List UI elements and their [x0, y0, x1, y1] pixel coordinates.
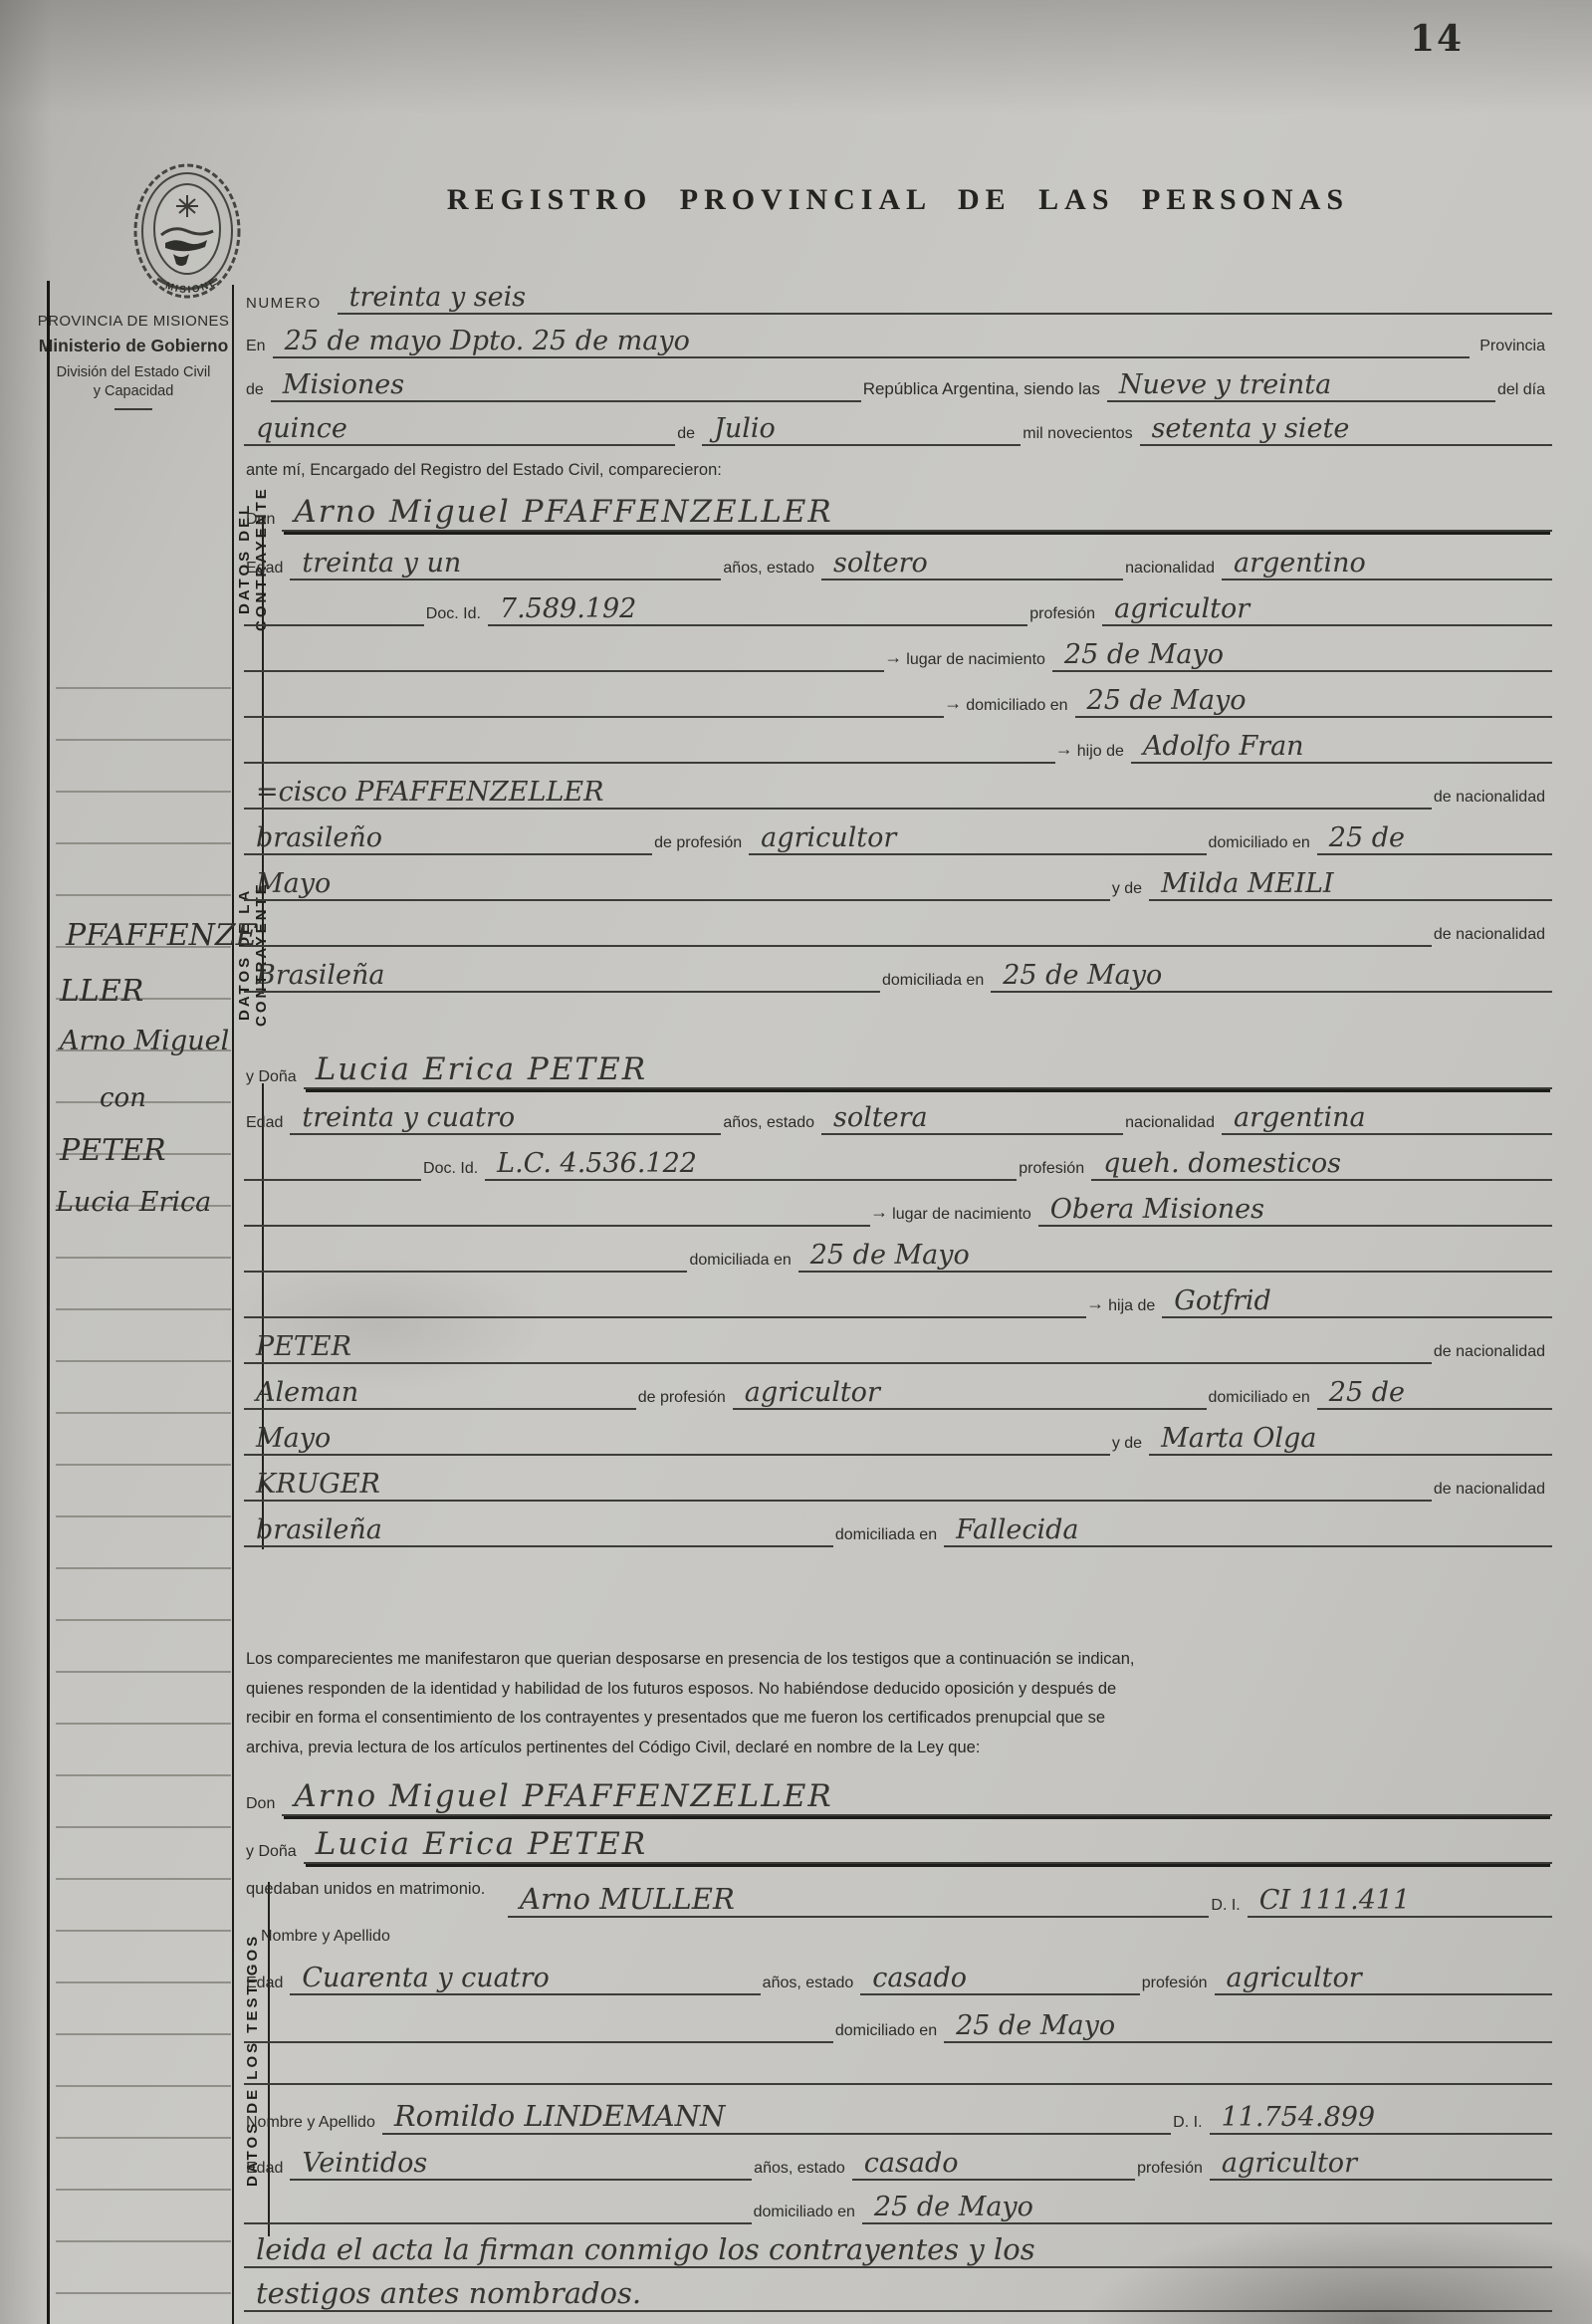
row-closing-1: leida el acta la firman conmigo los cont…: [244, 2220, 1552, 2268]
de-profesion-label: de profesión: [652, 834, 749, 855]
witness2-estado-field: casado: [852, 2150, 1135, 2181]
witness1-name-field: Arno MULLER: [508, 1885, 1209, 1918]
row-bride-madre-datos: brasileña domiciliada en Fallecida: [244, 1502, 1552, 1547]
groom-madre-nac-value: Brasileña: [244, 962, 388, 991]
groom-padre-cont-value: =cisco PFAFFENZELLER: [244, 779, 607, 808]
bride-nacionalidad-field: argentina: [1222, 1104, 1552, 1135]
de-label: de: [244, 381, 271, 402]
witness2-name-value: Romildo LINDEMANN: [382, 2102, 729, 2133]
nacionalidad-label: nacionalidad: [1123, 1114, 1222, 1135]
bride-madre-value: Marta Olga: [1149, 1425, 1320, 1454]
groom-padre-cont-field: =cisco PFAFFENZELLER: [244, 779, 1432, 810]
row-groom-padre-cont: =cisco PFAFFENZELLER de nacionalidad: [244, 764, 1552, 810]
doc-id-label: Doc. Id.: [421, 1160, 485, 1181]
witness1-domicilio-field: 25 de Mayo: [944, 2012, 1552, 2043]
margin-note-line: con: [100, 1083, 146, 1113]
row-bride-madre-cont: KRUGER de nacionalidad: [244, 1456, 1552, 1502]
bride-padre-dom-value: 25 de: [1317, 1379, 1409, 1408]
groom-doc-field: 7.589.192: [488, 595, 1027, 626]
left-edge-rule: [47, 281, 50, 2324]
row-groom-domicilio: → domiciliado en 25 de Mayo: [244, 672, 1552, 718]
groom-doc-value: 7.589.192: [488, 595, 640, 624]
hora-field: Nueve y treinta: [1107, 371, 1495, 402]
closing-field: leida el acta la firman conmigo los cont…: [244, 2235, 1552, 2268]
groom-lugar-value: 25 de Mayo: [1052, 641, 1228, 670]
edad-label: Edad: [244, 1975, 290, 1995]
domiciliada-label: domiciliada en: [880, 972, 991, 993]
bride-name-value: Lucia Erica PETER: [304, 1054, 651, 1087]
arrow-icon: →: [870, 1202, 890, 1227]
witness1-profesion-field: agricultor: [1215, 1965, 1552, 1995]
witness1-di-value: CI 111.411: [1248, 1887, 1415, 1916]
groom-name-field: Arno Miguel PFAFFENZELLER: [282, 497, 1552, 532]
numero-field: treinta y seis: [338, 284, 1552, 315]
arrow-icon: →: [1055, 739, 1075, 764]
groom-name-value: Arno Miguel PFAFFENZELLER: [282, 497, 836, 530]
row-bride-lugar: → lugar de nacimiento Obera Misiones: [244, 1181, 1552, 1227]
ante-mi-label: ante mí, Encargado del Registro del Esta…: [244, 461, 729, 482]
sidebar-rule: [114, 408, 152, 410]
edad-label: Edad: [244, 560, 290, 581]
bride-profesion-value: queh. domesticos: [1091, 1150, 1345, 1179]
anio-field: setenta y siete: [1140, 415, 1552, 446]
bride-madre-nac-field: brasileña: [244, 1516, 833, 1547]
row-groom-madre-nac-lbl: de nacionalidad: [244, 901, 1552, 947]
bride-padre-prof-field: agricultor: [733, 1379, 1207, 1410]
row-groom-lugar: → lugar de nacimiento 25 de Mayo: [244, 626, 1552, 672]
di-label: D. I.: [1171, 2114, 1209, 2135]
provincia-label: Provincia: [1470, 338, 1552, 358]
margin-ruled-lines: [56, 637, 231, 2306]
witness1-name-value: Arno MULLER: [508, 1885, 739, 1916]
mes-field: Julio: [702, 415, 1021, 446]
row-groom-padre: → hijo de Adolfo Fran: [244, 718, 1552, 764]
declaration-line: quienes responden de la identidad y habi…: [246, 1675, 1556, 1705]
declaration-line: archiva, previa lectura de los artículos…: [246, 1734, 1556, 1763]
groom-madre-dom-value: 25 de Mayo: [991, 962, 1166, 991]
domiciliado-label: domiciliado en: [1207, 1389, 1317, 1410]
witness1-estado-value: casado: [860, 1965, 971, 1993]
groom-padre-dom2-field: Mayo: [244, 870, 1110, 901]
groom-padre-nac-field: brasileño: [244, 824, 652, 855]
edad-label: Edad: [244, 1114, 290, 1135]
row-bride-edad: Edad treinta y cuatro años, estado solte…: [244, 1089, 1552, 1135]
row-groom-padre-datos: brasileño de profesión agricultor domici…: [244, 810, 1552, 855]
profesion-label: profesión: [1017, 1160, 1091, 1181]
declaration-paragraph: Los comparecientes me manifestaron que q…: [246, 1645, 1556, 1762]
bride-madre-dom-value: Fallecida: [944, 1516, 1082, 1545]
profesion-label: profesión: [1140, 1975, 1215, 1995]
lugar-nacimiento-label: lugar de nacimiento: [904, 651, 1052, 672]
division-line-1: División del Estado Civil: [36, 364, 231, 380]
numero-value: treinta y seis: [338, 284, 530, 313]
margin-note-line: Arno Miguel: [60, 1026, 229, 1056]
margin-note-line: Lucia Erica: [56, 1187, 211, 1218]
row-lugar-acta: En 25 de mayo Dpto. 25 de mayo Provincia: [244, 315, 1552, 358]
bride-domicilio-field: 25 de Mayo: [798, 1242, 1552, 1273]
row-provincia-hora: de Misiones República Argentina, siendo …: [244, 358, 1552, 402]
witness1-di-field: CI 111.411: [1248, 1887, 1552, 1918]
row-groom-madre: Mayo y de Milda MEILI: [244, 855, 1552, 901]
don-label: Don: [244, 511, 282, 532]
groom-name-2-value: Arno Miguel PFAFFENZELLER: [282, 1781, 836, 1814]
bride-padre-cont-field: PETER: [244, 1333, 1432, 1364]
bride-madre-cont-field: KRUGER: [244, 1471, 1432, 1502]
margin-note-line: LLER: [60, 974, 143, 1009]
seal-icon: MISIONES: [117, 155, 257, 313]
row-ydona-bride-2: y Doña Lucia Erica PETER: [244, 1816, 1552, 1864]
y-de-label: y de: [1110, 1435, 1149, 1456]
registry-title: REGISTRO PROVINCIAL DE LAS PERSONAS: [249, 183, 1547, 217]
bride-madre-nac-value: brasileña: [244, 1516, 386, 1545]
nacionalidad-de-label: de nacionalidad: [1432, 789, 1552, 810]
witness2-di-value: 11.754.899: [1210, 2104, 1380, 2133]
witness1-edad-field: Cuarenta y cuatro: [290, 1965, 760, 1995]
provincia-value: Misiones: [271, 371, 408, 400]
anio-value: setenta y siete: [1140, 415, 1354, 444]
bride-edad-value: treinta y cuatro: [290, 1104, 519, 1133]
row-witness1-edad: Edad Cuarenta y cuatro años, estado casa…: [244, 1948, 1552, 1995]
bride-nacionalidad-value: argentina: [1222, 1104, 1370, 1133]
nacionalidad-label: nacionalidad: [1123, 560, 1222, 581]
closing-field: testigos antes nombrados.: [244, 2279, 1552, 2312]
anos-estado-label: años, estado: [752, 2160, 852, 2181]
groom-nacionalidad-field: argentino: [1222, 550, 1552, 581]
en-label: En: [244, 338, 273, 358]
anos-estado-label: años, estado: [721, 1114, 821, 1135]
row-witness1-domicilio: domiciliado en 25 de Mayo: [244, 1995, 1552, 2043]
hija-de-label: hija de: [1106, 1297, 1162, 1318]
y-dona-label: y Doña: [244, 1843, 304, 1864]
groom-padre-value: Adolfo Fran: [1131, 733, 1308, 762]
bride-name-2-field: Lucia Erica PETER: [304, 1829, 1552, 1864]
witness2-edad-value: Veintidos: [290, 2150, 431, 2179]
row-fecha: quince de Julio mil novecientos setenta …: [244, 402, 1552, 446]
lugar-nacimiento-label: lugar de nacimiento: [890, 1206, 1038, 1227]
misiones-provincial-seal: MISIONES: [117, 155, 257, 318]
groom-madre-nac-field: Brasileña: [244, 962, 880, 993]
declaration-line: Los comparecientes me manifestaron que q…: [246, 1645, 1556, 1675]
domiciliado-label: domiciliado en: [833, 2022, 944, 2043]
row-groom-edad: Edad treinta y un años, estado soltero n…: [244, 535, 1552, 581]
domiciliado-label: domiciliado en: [964, 697, 1074, 718]
don-label: Don: [244, 1795, 282, 1816]
groom-name-2-field: Arno Miguel PFAFFENZELLER: [282, 1781, 1552, 1816]
doc-id-label: Doc. Id.: [424, 605, 488, 626]
groom-padre-dom-field: 25 de: [1317, 824, 1552, 855]
edad-label: Edad: [244, 2160, 290, 2181]
groom-padre-prof-field: agricultor: [749, 824, 1206, 855]
bride-padre-cont-value: PETER: [244, 1333, 355, 1362]
dia-field: quince: [244, 415, 675, 446]
row-bride-madre: Mayo y de Marta Olga: [244, 1410, 1552, 1456]
di-label: D. I.: [1209, 1897, 1247, 1918]
provincia-field: Misiones: [271, 371, 861, 402]
row-bride-domicilio: domiciliada en 25 de Mayo: [244, 1227, 1552, 1273]
bride-edad-field: treinta y cuatro: [290, 1104, 721, 1135]
arrow-icon: →: [1086, 1293, 1106, 1318]
row-don-groom-2: Don Arno Miguel PFAFFENZELLER: [244, 1764, 1552, 1816]
witness2-profesion-field: agricultor: [1210, 2150, 1552, 2181]
de-profesion-label: de profesión: [636, 1389, 733, 1410]
bride-doc-field: L.C. 4.536.122: [485, 1150, 1017, 1181]
row-ante-mi: ante mí, Encargado del Registro del Esta…: [244, 454, 1552, 482]
mil-novecientos-label: mil novecientos: [1021, 425, 1139, 446]
witness1-domicilio-value: 25 de Mayo: [944, 2012, 1119, 2041]
republica-label: República Argentina, siendo las: [861, 380, 1107, 402]
groom-madre-value: Milda MEILI: [1149, 870, 1338, 899]
en-value: 25 de mayo Dpto. 25 de mayo: [273, 328, 694, 356]
row-bride-doc: Doc. Id. L.C. 4.536.122 profesión queh. …: [244, 1135, 1552, 1181]
bride-estado-value: soltera: [821, 1104, 932, 1133]
y-dona-label: y Doña: [244, 1068, 304, 1089]
bride-madre-cont-value: KRUGER: [244, 1471, 384, 1500]
groom-domicilio-value: 25 de Mayo: [1075, 687, 1251, 716]
row-don-groom: Don Arno Miguel PFAFFENZELLER: [244, 480, 1552, 532]
row-closing-2: testigos antes nombrados.: [244, 2268, 1552, 2312]
bride-madre-field: Marta Olga: [1149, 1425, 1552, 1456]
witness1-profesion-value: agricultor: [1215, 1965, 1366, 1993]
bride-madre-dom-field: Fallecida: [944, 1516, 1552, 1547]
anos-estado-label: años, estado: [761, 1975, 861, 1995]
margin-note-line: PETER: [60, 1133, 166, 1168]
witness1-edad-value: Cuarenta y cuatro: [290, 1965, 553, 1993]
witness1-estado-field: casado: [860, 1965, 1139, 1995]
groom-domicilio-field: 25 de Mayo: [1075, 687, 1552, 718]
row-bride-padre-cont: PETER de nacionalidad: [244, 1318, 1552, 1364]
province-name: PROVINCIA DE MISIONES: [36, 313, 231, 330]
groom-padre-nac-value: brasileño: [244, 824, 386, 853]
row-numero: NUMERO treinta y seis: [244, 271, 1552, 315]
ministry-name: Ministerio de Gobierno: [36, 336, 231, 356]
dia-label: del día: [1495, 381, 1552, 402]
bride-lugar-value: Obera Misiones: [1038, 1196, 1268, 1225]
row-witness2-name: Nombre y Apellido Romildo LINDEMANN D. I…: [244, 2085, 1552, 2135]
row-bride-padre-datos: Aleman de profesión agricultor domicilia…: [244, 1364, 1552, 1410]
dia-value: quince: [244, 415, 351, 444]
row-witness1-name: Arno MULLER D. I. CI 111.411: [508, 1868, 1552, 1918]
nacionalidad-de-label: de nacionalidad: [1432, 1343, 1552, 1364]
numero-label: NUMERO: [244, 296, 338, 316]
issuing-office-block: PROVINCIA DE MISIONES Ministerio de Gobi…: [36, 313, 231, 410]
arrow-icon: →: [944, 693, 964, 718]
nacionalidad-de-label: de nacionalidad: [1432, 1481, 1552, 1502]
bride-padre-nac-value: Aleman: [244, 1379, 362, 1408]
groom-padre-field: Adolfo Fran: [1131, 733, 1552, 764]
row-groom-madre-datos: Brasileña domiciliada en 25 de Mayo: [244, 947, 1552, 993]
witness2-profesion-value: agricultor: [1210, 2150, 1361, 2179]
witness2-estado-value: casado: [852, 2150, 963, 2179]
division-line-2: y Capacidad: [36, 383, 231, 399]
bride-padre-dom-field: 25 de: [1317, 1379, 1552, 1410]
profesion-label: profesión: [1027, 605, 1102, 626]
hora-value: Nueve y treinta: [1107, 371, 1335, 400]
bride-doc-value: L.C. 4.536.122: [485, 1150, 701, 1179]
nombre-apellido-label: Nombre y Apellido: [261, 1928, 390, 1946]
witness2-domicilio-value: 25 de Mayo: [862, 2194, 1037, 2222]
bride-padre-dom2-value: Mayo: [244, 1425, 335, 1454]
en-field: 25 de mayo Dpto. 25 de mayo: [273, 328, 1471, 358]
row-groom-doc: Doc. Id. 7.589.192 profesión agricultor: [244, 581, 1552, 626]
margin-note-line: PFAFFENZE: [66, 918, 258, 953]
bride-name-field: Lucia Erica PETER: [304, 1054, 1552, 1089]
witness2-di-field: 11.754.899: [1210, 2104, 1552, 2135]
closing-line-1: leida el acta la firman conmigo los cont…: [244, 2235, 1039, 2266]
groom-madre-field: Milda MEILI: [1149, 870, 1552, 901]
groom-padre-prof-value: agricultor: [749, 824, 900, 853]
hijo-de-label: hijo de: [1075, 743, 1131, 764]
nacionalidad-de-label: de nacionalidad: [1432, 926, 1552, 947]
anos-estado-label: años, estado: [721, 560, 821, 581]
groom-edad-field: treinta y un: [290, 550, 721, 581]
sidebar-divider-rule: [232, 285, 234, 2324]
witness2-name-field: Romildo LINDEMANN: [382, 2102, 1171, 2135]
groom-profesion-field: agricultor: [1102, 595, 1552, 626]
domiciliada-label: domiciliada en: [833, 1526, 944, 1547]
declaration-line: recibir en forma el consentimiento de lo…: [246, 1704, 1556, 1734]
bride-padre-field: Gotfrid: [1162, 1287, 1552, 1318]
closing-line-2: testigos antes nombrados.: [244, 2279, 645, 2310]
y-de-label: y de: [1110, 880, 1149, 901]
profesion-label: profesión: [1135, 2160, 1210, 2181]
row-witness2-domicilio: domiciliado en 25 de Mayo: [244, 2181, 1552, 2224]
groom-nacionalidad-value: argentino: [1222, 550, 1370, 579]
groom-madre-dom-field: 25 de Mayo: [991, 962, 1552, 993]
scanned-marriage-record: 14 MISIONES PROVINCIA DE MISIONES Minist…: [0, 0, 1592, 2324]
bride-lugar-field: Obera Misiones: [1038, 1196, 1552, 1227]
unidos-matrimonio-label: quedaban unidos en matrimonio.: [246, 1880, 485, 1899]
bride-profesion-field: queh. domesticos: [1091, 1150, 1552, 1181]
row-blank-separator: [244, 2043, 1552, 2085]
bride-padre-dom2-field: Mayo: [244, 1425, 1110, 1456]
row-witness2-edad: Edad Veintidos años, estado casado profe…: [244, 2135, 1552, 2181]
witness2-edad-field: Veintidos: [290, 2150, 752, 2181]
bride-name-2-value: Lucia Erica PETER: [304, 1829, 651, 1862]
domiciliado-label: domiciliado en: [1207, 834, 1317, 855]
bride-padre-value: Gotfrid: [1162, 1287, 1275, 1316]
mes-value: Julio: [702, 415, 780, 444]
page-number: 14: [1410, 18, 1464, 60]
groom-edad-value: treinta y un: [290, 550, 465, 579]
row-bride-padre: → hija de Gotfrid: [244, 1273, 1552, 1318]
groom-padre-dom-value: 25 de: [1317, 824, 1409, 853]
nombre-apellido-label: Nombre y Apellido: [244, 2114, 382, 2135]
groom-profesion-value: agricultor: [1102, 595, 1253, 624]
groom-estado-value: soltero: [821, 550, 932, 579]
groom-padre-dom2-value: Mayo: [244, 870, 335, 899]
bride-padre-nac-field: Aleman: [244, 1379, 636, 1410]
bride-padre-prof-value: agricultor: [733, 1379, 884, 1408]
groom-estado-field: soltero: [821, 550, 1123, 581]
arrow-icon: →: [884, 647, 904, 672]
row-ydona-bride: y Doña Lucia Erica PETER: [244, 1036, 1552, 1089]
domiciliada-label: domiciliada en: [687, 1252, 797, 1273]
bride-domicilio-value: 25 de Mayo: [798, 1242, 974, 1271]
groom-lugar-field: 25 de Mayo: [1052, 641, 1552, 672]
bride-estado-field: soltera: [821, 1104, 1123, 1135]
de2-label: de: [675, 425, 702, 446]
